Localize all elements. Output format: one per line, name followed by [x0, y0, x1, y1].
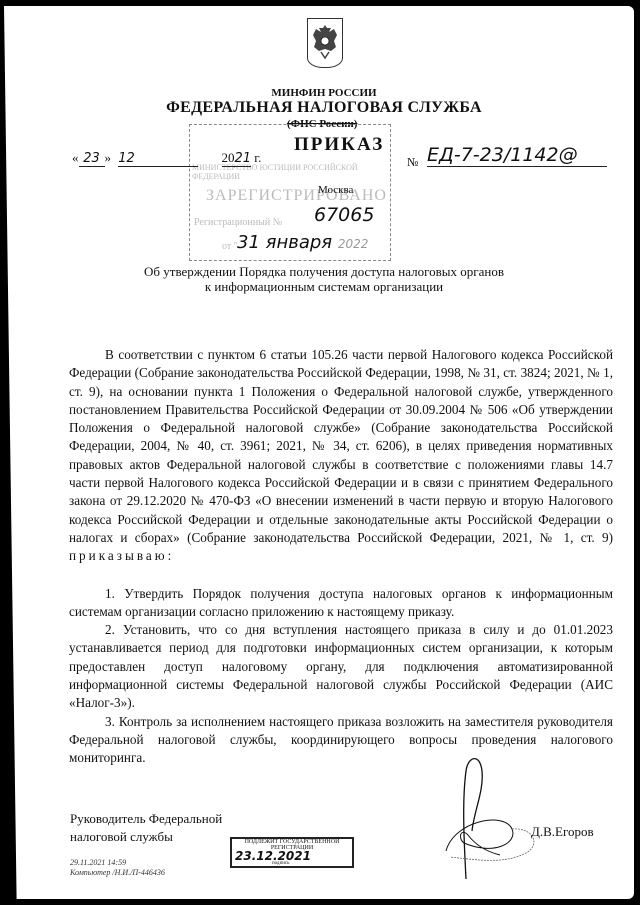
registration-date: 31 января 2022 [237, 232, 368, 253]
order-item-2: 2. Установить, что со дня вступления нас… [69, 621, 613, 712]
russian-coat-of-arms-icon [307, 18, 343, 68]
document-title: Об утверждении Порядка получения доступа… [4, 264, 640, 294]
signer-position: Руководитель Федеральной налоговой служб… [70, 810, 222, 846]
order-year-unit: г. [254, 150, 261, 165]
directive: приказываю: [69, 548, 174, 563]
stamp-status: ЗАРЕГИСТРИРОВАНО [206, 187, 387, 205]
order-day: 23 [79, 151, 105, 167]
signer-name: Д.В.Егоров [531, 824, 594, 840]
order-number-label: № [407, 155, 418, 170]
document-body: В соответствии с пунктом 6 статьи 105.26… [69, 346, 613, 768]
file-reference: Компьютер /Н.И./П-446436 [70, 868, 165, 878]
ministry-name: МИНФИН РОССИИ [4, 87, 640, 99]
order-item-1: 1. Утвердить Порядок получения доступа н… [69, 585, 613, 622]
order-month: 12 [118, 151, 198, 167]
document-metadata: 29.11.2021 14:59 Компьютер /Н.И./П-44643… [70, 858, 165, 878]
timestamp: 29.11.2021 14:59 [70, 858, 165, 868]
order-city: Москва [318, 184, 353, 196]
order-year: 2021 [222, 150, 252, 167]
signature-icon [444, 751, 554, 881]
order-number: ЕД-7-23/1142@ [427, 144, 607, 167]
stamp-date-prefix: от " [222, 241, 238, 252]
state-registration-stamp: ПОДЛЕЖИТ ГОСУДАРСТВЕННОЙ РЕГИСТРАЦИИ 23.… [230, 837, 354, 868]
stamp-reg-label: Регистрационный № [194, 217, 282, 228]
agency-name: ФЕДЕРАЛЬНАЯ НАЛОГОВАЯ СЛУЖБА [4, 99, 640, 117]
document-type: ПРИКАЗ [294, 134, 384, 156]
registration-number: 67065 [314, 204, 374, 226]
preamble: В соответствии с пунктом 6 статьи 105.26… [69, 346, 613, 566]
document-page: МИНФИН РОССИИ ФЕДЕРАЛЬНАЯ НАЛОГОВАЯ СЛУЖ… [4, 6, 634, 899]
order-date: «23» 12 2021 г. [72, 150, 261, 167]
